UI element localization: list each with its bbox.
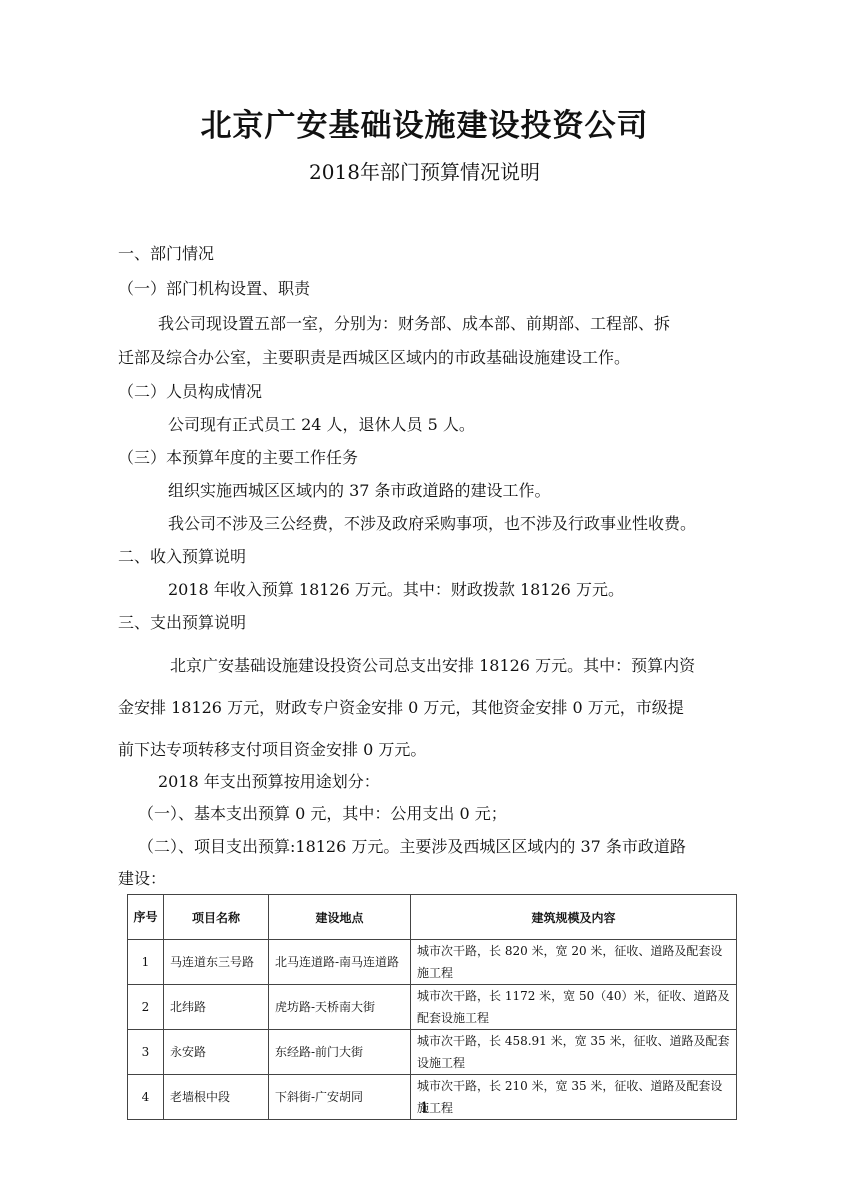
header-scope: 建筑规模及内容 <box>411 895 737 940</box>
paragraph-tasks: 组织实施西城区区域内的 37 条市政道路的建设工作。 <box>168 481 551 501</box>
subsection-heading-staff: （二）人员构成情况 <box>118 382 262 402</box>
paragraph-structure-line2: 迁部及综合办公室，主要职责是西城区区域内的市政基础设施建设工作。 <box>118 348 630 368</box>
header-location: 建设地点 <box>269 895 411 940</box>
projects-table: 序号 项目名称 建设地点 建筑规模及内容 1 马连道东三号路 北马连道路-南马连… <box>127 894 737 1120</box>
table-header-row: 序号 项目名称 建设地点 建筑规模及内容 <box>128 895 737 940</box>
document-page: 北京广安基础设施建设投资公司 2018年部门预算情况说明 一、部门情况 （一）部… <box>0 0 849 1200</box>
paragraph-expense-line2: 金安排 18126 万元，财政专户资金安排 0 万元，其他资金安排 0 万元，市… <box>118 698 684 718</box>
paragraph-fees: 我公司不涉及三公经费，不涉及政府采购事项，也不涉及行政事业性收费。 <box>168 514 696 534</box>
subsection-heading-tasks: （三）本预算年度的主要工作任务 <box>118 448 358 468</box>
paragraph-expense-line1: 北京广安基础设施建设投资公司总支出安排 18126 万元。其中：预算内资 <box>170 656 695 676</box>
header-name: 项目名称 <box>164 895 269 940</box>
page-number: 1 <box>0 1100 849 1116</box>
cell-scope: 城市次干路，长 820 米，宽 20 米，征收、道路及配套设施工程 <box>411 940 737 985</box>
paragraph-expense-by-use: 2018 年支出预算按用途划分： <box>158 772 380 792</box>
cell-scope: 城市次干路，长 458.91 米，宽 35 米，征收、道路及配套设施工程 <box>411 1030 737 1075</box>
cell-name: 北纬路 <box>164 985 269 1030</box>
table-row: 2 北纬路 虎坊路-天桥南大街 城市次干路，长 1172 米，宽 50（40）米… <box>128 985 737 1030</box>
paragraph-expense-line3: 前下达专项转移支付项目资金安排 0 万元。 <box>118 740 426 760</box>
cell-name: 永安路 <box>164 1030 269 1075</box>
section-heading-expense: 三、支出预算说明 <box>118 613 246 633</box>
header-no: 序号 <box>128 895 164 940</box>
paragraph-project-expense-line2: 建设： <box>118 869 166 889</box>
paragraph-staff: 公司现有正式员工 24 人，退休人员 5 人。 <box>168 415 475 435</box>
paragraph-income: 2018 年收入预算 18126 万元。其中：财政拨款 18126 万元。 <box>168 580 624 600</box>
cell-no: 1 <box>128 940 164 985</box>
section-heading-dept: 一、部门情况 <box>118 244 214 264</box>
section-heading-income: 二、收入预算说明 <box>118 547 246 567</box>
cell-location: 东经路-前门大街 <box>269 1030 411 1075</box>
cell-scope: 城市次干路，长 1172 米，宽 50（40）米，征收、道路及配套设施工程 <box>411 985 737 1030</box>
document-subtitle: 2018年部门预算情况说明 <box>0 156 849 185</box>
cell-no: 2 <box>128 985 164 1030</box>
table-row: 3 永安路 东经路-前门大街 城市次干路，长 458.91 米，宽 35 米，征… <box>128 1030 737 1075</box>
paragraph-structure-line1: 我公司现设置五部一室，分别为：财务部、成本部、前期部、工程部、拆 <box>158 314 670 334</box>
cell-location: 北马连道路-南马连道路 <box>269 940 411 985</box>
cell-no: 3 <box>128 1030 164 1075</box>
paragraph-project-expense-line1: （二）、项目支出预算:18126 万元。主要涉及西城区区域内的 37 条市政道路 <box>138 837 686 857</box>
document-title: 北京广安基础设施建设投资公司 <box>0 100 849 145</box>
cell-location: 虎坊路-天桥南大街 <box>269 985 411 1030</box>
table-row: 1 马连道东三号路 北马连道路-南马连道路 城市次干路，长 820 米，宽 20… <box>128 940 737 985</box>
paragraph-basic-expense: （一）、基本支出预算 0 元，其中：公用支出 0 元； <box>138 804 507 824</box>
subsection-heading-structure: （一）部门机构设置、职责 <box>118 279 310 299</box>
cell-name: 马连道东三号路 <box>164 940 269 985</box>
